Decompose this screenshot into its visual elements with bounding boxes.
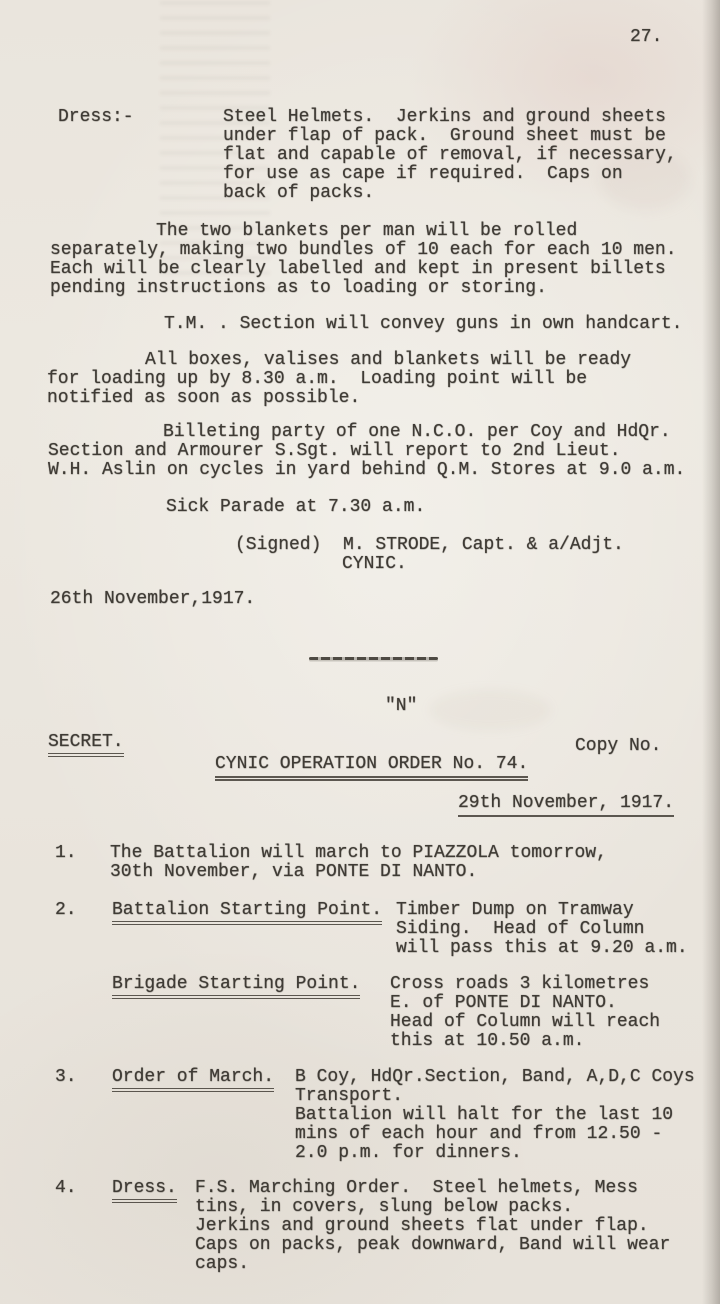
classification-text: SECRET. <box>48 733 124 757</box>
dress-label: Dress:- <box>58 108 134 127</box>
classification-label: SECRET. <box>48 733 124 757</box>
paper-stain <box>430 690 550 730</box>
order-title-text: CYNIC OPERATION ORDER No. 74. <box>215 755 528 781</box>
document-page: 27. Dress:- Steel Helmets. Jerkins and g… <box>0 0 720 1304</box>
order-date-text: 29th November, 1917. <box>458 794 674 817</box>
item-2-text: Timber Dump on Tramway Siding. Head of C… <box>396 901 688 958</box>
signed-line: (Signed) M. STRODE, Capt. & a/Adjt. <box>235 536 624 555</box>
brigade-label: Brigade Starting Point. <box>112 975 360 999</box>
item-3-text: B Coy, HdQr.Section, Band, A,D,C Coys Tr… <box>295 1068 695 1163</box>
section-mark: "N" <box>385 697 417 716</box>
item-4-text: F.S. Marching Order. Steel helmets, Mess… <box>195 1179 670 1274</box>
page-edge-shadow <box>702 0 720 1304</box>
item-2-label: Battalion Starting Point. <box>112 901 382 925</box>
item-1-number: 1. <box>55 844 77 863</box>
sick-parade-line: Sick Parade at 7.30 a.m. <box>166 498 425 517</box>
item-3-label-text: Order of March. <box>112 1068 274 1092</box>
order-date: 29th November, 1917. <box>458 794 674 817</box>
brigade-label-text: Brigade Starting Point. <box>112 975 360 999</box>
item-4-number: 4. <box>55 1179 77 1198</box>
billeting-paragraph: Billeting party of one N.C.O. per Coy an… <box>48 423 685 480</box>
item-4-label-text: Dress. <box>112 1179 177 1203</box>
item-1-text: The Battalion will march to PIAZZOLA tom… <box>110 844 607 882</box>
item-2-label-text: Battalion Starting Point. <box>112 901 382 925</box>
item-3-number: 3. <box>55 1068 77 1087</box>
item-4-label: Dress. <box>112 1179 177 1203</box>
signature-unit: CYNIC. <box>342 555 407 574</box>
boxes-paragraph: All boxes, valises and blankets will be … <box>47 351 631 408</box>
order-title: CYNIC OPERATION ORDER No. 74. <box>215 755 528 781</box>
page-number: 27. <box>630 28 662 47</box>
item-2-number: 2. <box>55 901 77 920</box>
memo-date: 26th November,1917. <box>50 590 255 609</box>
blankets-paragraph: The two blankets per man will be rolled … <box>50 222 677 298</box>
typed-divider-line <box>309 657 438 660</box>
tm-section-line: T.M. . Section will convey guns in own h… <box>164 315 682 334</box>
item-3-label: Order of March. <box>112 1068 274 1092</box>
dress-text: Steel Helmets. Jerkins and ground sheets… <box>223 108 677 203</box>
brigade-text: Cross roads 3 kilometres E. of PONTE DI … <box>390 975 660 1051</box>
copy-number-label: Copy No. <box>575 737 661 756</box>
